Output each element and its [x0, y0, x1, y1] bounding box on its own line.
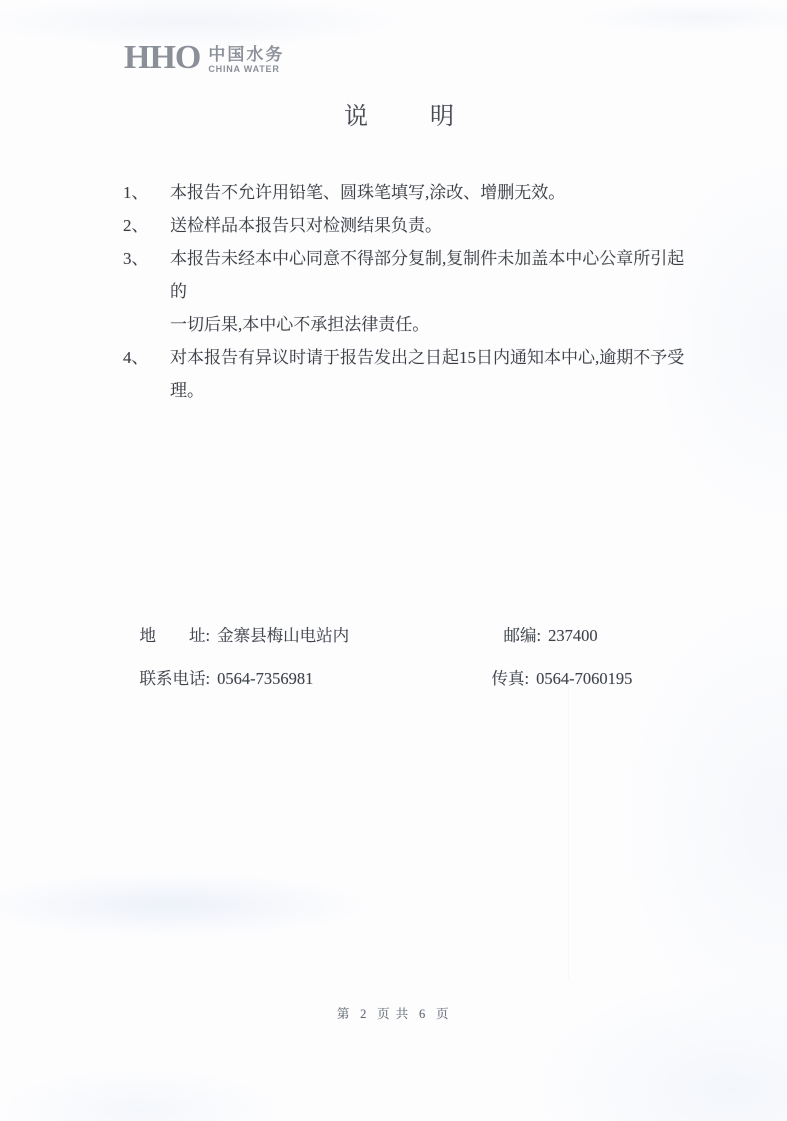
note-text: 本报告不允许用铅笔、圆珠笔填写,涂改、增删无效。: [170, 176, 689, 209]
logo-company-name-cn: 中国水务: [208, 46, 284, 63]
note-number: 1、: [123, 176, 170, 209]
fax-field: 传真:0564-7060195: [475, 646, 632, 712]
fax-value: 0564-7060195: [536, 669, 632, 688]
note-text: 送检样品本报告只对检测结果负责。: [170, 209, 689, 242]
note-item-1: 1、 本报告不允许用铅笔、圆珠笔填写,涂改、增删无效。: [123, 176, 689, 209]
note-number: 3、: [123, 242, 170, 275]
postcode-value: 237400: [548, 626, 598, 645]
phone-label: 联系电话:: [140, 669, 211, 688]
page-title: 说明: [344, 96, 516, 131]
fax-label: 传真:: [492, 669, 530, 688]
note-item-3: 3、 本报告未经本中心同意不得部分复制,复制件未加盖本中心公章所引起的 一切后果…: [123, 242, 689, 341]
note-item-4: 4、 对本报告有异议时请于报告发出之日起15日内通知本中心,逾期不予受 理。: [123, 341, 689, 407]
address-label: 地 址:: [140, 626, 211, 645]
address-value: 金寨县梅山电站内: [217, 626, 349, 645]
note-text: 对本报告有异议时请于报告发出之日起15日内通知本中心,逾期不予受 理。: [170, 341, 689, 407]
phone-field: 联系电话:0564-7356981: [123, 646, 313, 712]
logo-name-block: 中国水务 CHINA WATER: [208, 44, 284, 74]
note-item-2: 2、 送检样品本报告只对检测结果负责。: [123, 209, 689, 242]
logo-company-name-en: CHINA WATER: [208, 64, 284, 74]
notes-list: 1、 本报告不允许用铅笔、圆珠笔填写,涂改、增删无效。 2、 送检样品本报告只对…: [123, 176, 689, 407]
postcode-label: 邮编:: [504, 626, 542, 645]
company-logo: HHO 中国水务 CHINA WATER: [124, 44, 284, 74]
phone-value: 0564-7356981: [217, 669, 313, 688]
scan-artifact-line: [568, 680, 569, 980]
note-number: 2、: [123, 209, 170, 242]
scanned-report-notes-page: HHO 中国水务 CHINA WATER 说明 1、 本报告不允许用铅笔、圆珠笔…: [0, 0, 787, 1121]
note-number: 4、: [123, 341, 170, 374]
note-text: 本报告未经本中心同意不得部分复制,复制件未加盖本中心公章所引起的 一切后果,本中…: [170, 242, 689, 341]
page-number: 第 2 页 共 6 页: [0, 1004, 787, 1022]
logo-hho-text: HHO: [124, 44, 200, 72]
